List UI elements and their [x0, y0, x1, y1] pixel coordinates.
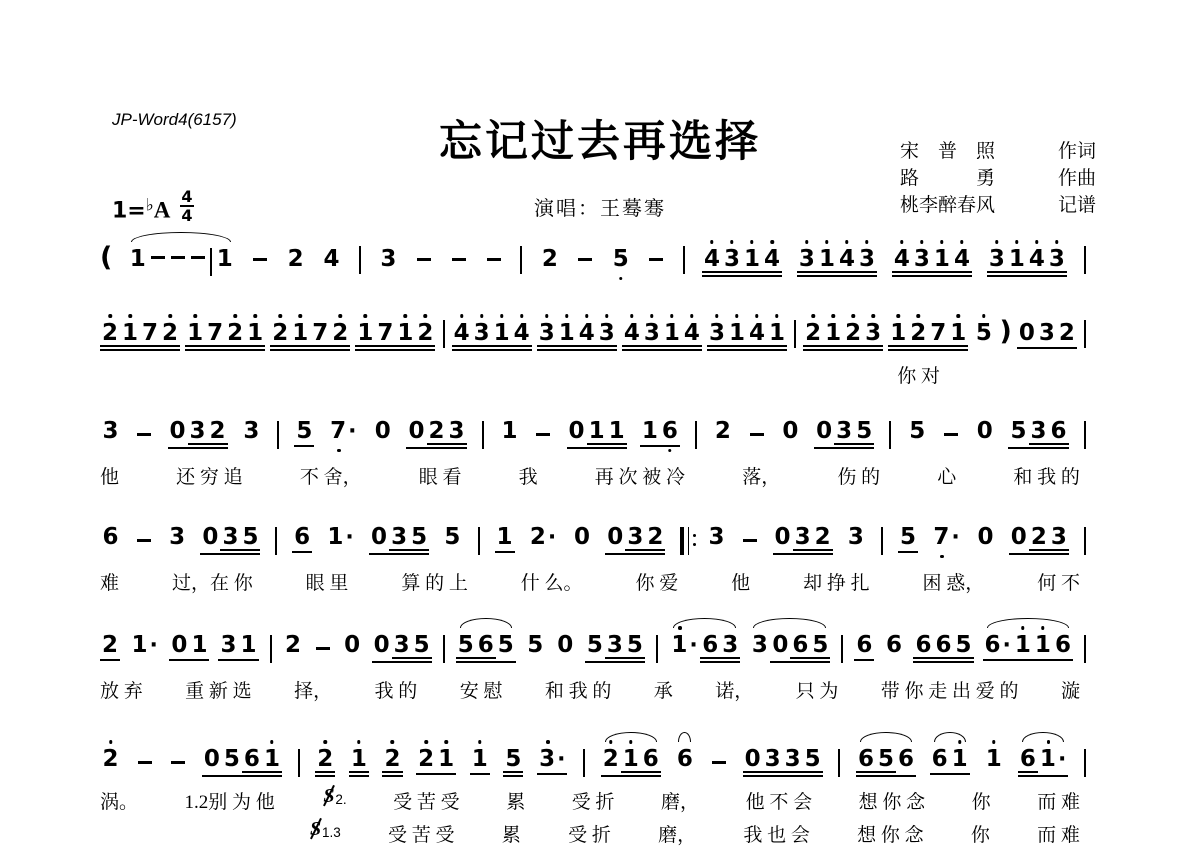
beam-group: 0561: [202, 748, 282, 777]
augmentation-dot: ·: [1003, 633, 1011, 658]
barline: [1084, 527, 1086, 555]
note: 3: [169, 526, 185, 549]
beam-group: 065: [770, 634, 830, 663]
note: 4: [704, 248, 720, 271]
beam-group: 1721: [185, 322, 265, 351]
segno-icon: [308, 820, 322, 840]
lyric-phrase: 放 弃: [100, 676, 143, 703]
dash: [151, 256, 165, 259]
note: 6: [1051, 420, 1067, 443]
note: 5: [444, 526, 460, 549]
note: 2: [1031, 526, 1047, 549]
note: 0: [1019, 322, 1035, 345]
lyric-row: 难过，在 你眼 里算 的 上什 么。你 爱他却 挣 扎困 惑，何 不: [100, 568, 1088, 595]
note: 1: [502, 420, 518, 443]
beam-group: 32: [793, 526, 833, 551]
note: 0: [816, 420, 832, 443]
barline: [889, 421, 891, 449]
beam-group: 2: [315, 748, 335, 777]
lyric-phrase: 你: [971, 820, 990, 847]
augmentation-dot: ·: [1058, 747, 1066, 772]
note: 6: [1020, 748, 1036, 771]
note: 2: [102, 322, 118, 345]
beam-group: 35: [220, 526, 260, 551]
note: 1: [497, 526, 513, 549]
beam-group: 1712: [355, 322, 435, 347]
note: 3: [474, 322, 490, 345]
barline: [482, 421, 484, 449]
note: 0: [374, 634, 390, 657]
note: 2: [429, 420, 445, 443]
lyric-phrase: 安 慰: [460, 676, 503, 703]
lyric-phrase: 却 挣 扎: [803, 568, 870, 595]
note: 0: [607, 526, 623, 549]
slur-arc: 565: [456, 634, 516, 663]
beam-group: 1721: [185, 322, 265, 347]
lyric-phrase: 涡。: [100, 787, 138, 814]
barline: [583, 749, 585, 777]
lyric-phrase: 择，: [294, 676, 332, 703]
lyric-phrase: 眼 里: [306, 568, 349, 595]
music-line-5: 21·013120035565505351·633065666656·116: [100, 634, 1088, 663]
note: 1: [247, 322, 263, 345]
dash: [171, 761, 185, 764]
beam-group: 65: [856, 748, 896, 773]
note: 1: [292, 322, 308, 345]
beam-group: 3143: [987, 248, 1067, 273]
note: 5: [505, 748, 521, 771]
beam-group: 032: [773, 526, 833, 555]
lyric-phrase: 你 对: [897, 361, 940, 388]
beam-group: 1: [495, 526, 515, 553]
note: 5: [909, 420, 925, 443]
note: 4: [894, 248, 910, 271]
note: 2: [317, 748, 333, 771]
beam-group: 2172: [270, 322, 350, 351]
note: 6: [856, 634, 872, 657]
lyric-phrase: 诺，: [715, 676, 753, 703]
beam-group: 032: [605, 526, 665, 555]
note: 2: [418, 748, 434, 771]
dash: [649, 258, 663, 261]
note: 0: [745, 748, 761, 771]
note: 5: [414, 634, 430, 657]
slur-arc: 656: [856, 748, 916, 777]
note: 6: [792, 634, 808, 657]
note: 5: [856, 420, 872, 443]
note: 5: [242, 526, 258, 549]
dash: [137, 539, 151, 542]
system-3: 3032357·00231011162003550536他还 穷 追不 舍，眼 …: [100, 420, 1088, 489]
dash: [253, 258, 267, 261]
paren: (: [100, 242, 112, 273]
lyric-phrase: 只 为: [796, 676, 839, 703]
lyric-phrase: 困 惑，: [923, 568, 985, 595]
beam-group: 63: [700, 634, 740, 663]
verse-number: 1.3: [322, 825, 341, 840]
note: 2: [417, 322, 433, 345]
note: 6·: [985, 634, 1011, 657]
lyric-phrase: 过，在 你: [172, 568, 253, 595]
beam-group: 4314: [622, 322, 702, 351]
note: 0: [408, 420, 424, 443]
note: 6: [935, 634, 951, 657]
lyric-phrase: 我 的: [375, 676, 418, 703]
note: 0: [977, 526, 993, 549]
note: 7: [377, 322, 393, 345]
music-line-1: (11243254314314343143143: [100, 242, 1088, 277]
note: 6: [478, 634, 494, 657]
beam-group: 2: [382, 748, 402, 773]
beam-group: 2: [100, 634, 120, 661]
barline: [656, 635, 658, 663]
note: 3: [1031, 420, 1047, 443]
beam-group: 61·: [1018, 748, 1068, 777]
beam-group: 4314: [702, 248, 782, 277]
lyric-phrase: 何 不: [1037, 568, 1080, 595]
note: 3·: [539, 748, 565, 771]
beam-group: 35: [605, 634, 645, 659]
augmentation-dot: ·: [548, 525, 556, 550]
note: 4: [764, 248, 780, 271]
note: 1: [934, 248, 950, 271]
lyric-phrase: 再 次 被 冷: [595, 462, 685, 489]
beam-group: 035: [200, 526, 260, 555]
note: 7: [930, 322, 946, 345]
beam-group: 5: [898, 526, 918, 553]
note: 0: [344, 634, 360, 657]
note: 0: [371, 526, 387, 549]
note: 5: [900, 526, 916, 549]
note: 3: [724, 248, 740, 271]
note: 2: [272, 322, 288, 345]
beam-group: 2123: [803, 322, 883, 351]
note: 1: [397, 322, 413, 345]
note: 0: [557, 634, 573, 657]
beam-group: 1271: [888, 322, 968, 347]
verse-number: 2.: [335, 792, 346, 807]
note: 3: [836, 420, 852, 443]
note: 3: [709, 322, 725, 345]
barline: [683, 246, 685, 274]
dash: [578, 258, 592, 261]
barline: [520, 246, 522, 274]
note: 3: [1051, 526, 1067, 549]
note: 4: [514, 322, 530, 345]
repeat-sign: [680, 527, 689, 555]
dash: [138, 761, 152, 764]
segno-icon: [321, 787, 335, 807]
note: 3: [722, 634, 738, 657]
note: 0: [171, 634, 187, 657]
note: 6: [1055, 634, 1071, 657]
beam-group: 4314: [702, 248, 782, 273]
beam-group: 5: [294, 420, 314, 447]
note: 5: [498, 634, 514, 657]
note: 6: [643, 748, 659, 771]
note: 3: [539, 322, 555, 345]
note: 5: [613, 248, 629, 271]
note: 3: [222, 526, 238, 549]
note: 5: [956, 634, 972, 657]
note: 3: [799, 248, 815, 271]
note: 1: [494, 322, 510, 345]
note: 4: [839, 248, 855, 271]
note: 1: [438, 748, 454, 771]
note: 1: [609, 420, 625, 443]
barline: [275, 527, 277, 555]
note: 4: [749, 322, 765, 345]
beam-group: 5: [503, 748, 523, 777]
note: 4: [324, 248, 340, 271]
slur-arc: 216: [601, 748, 661, 777]
note: 2: [845, 322, 861, 345]
note: 3: [599, 322, 615, 345]
note: 3: [795, 526, 811, 549]
note: 3: [380, 248, 396, 271]
lyric-phrase: 落，: [742, 462, 780, 489]
beam-group: 4314: [622, 322, 702, 347]
beam-group: 32: [625, 526, 665, 551]
lyric-phrase: 你: [972, 787, 991, 814]
note: 1·: [671, 634, 697, 657]
lyric-phrase: 难: [100, 568, 119, 595]
note: 1·: [1040, 748, 1066, 771]
beam-group: 2: [382, 748, 402, 777]
beam-group: 35: [389, 526, 429, 551]
barline: [478, 527, 480, 555]
note: 1: [191, 634, 207, 657]
note: 2: [210, 420, 226, 443]
note: 2: [103, 748, 119, 771]
beam-group: 23: [427, 420, 467, 445]
slur-arc: 61: [930, 748, 970, 775]
note: 7·: [330, 420, 356, 443]
lyric-phrase: 不 舍，: [300, 462, 362, 489]
note: 1: [1015, 634, 1031, 657]
note: 6: [898, 748, 914, 771]
score-area: (112432543143143431431432172172121721712…: [0, 0, 1200, 850]
note: 2: [603, 748, 619, 771]
lyric-phrase: 和 我 的: [1013, 462, 1080, 489]
beam-group: 3143: [537, 322, 617, 347]
beam-group: 21: [416, 748, 456, 775]
segno-marker: 2.: [321, 787, 346, 814]
dash: [417, 258, 431, 261]
lyric-phrase: 还 穷 追: [176, 462, 243, 489]
music-line-4: 6303561·035512·00323032357·0023: [100, 526, 1088, 555]
segno-marker: 1.3: [308, 820, 341, 847]
note: 1: [729, 322, 745, 345]
barline: [359, 246, 361, 274]
note: 5: [458, 634, 474, 657]
note: 2: [805, 322, 821, 345]
note: 7: [207, 322, 223, 345]
note: 3: [220, 634, 236, 657]
system-6: 2056121221153·2166033565661161·涡。1.2别 为 …: [100, 748, 1088, 847]
note: 3: [752, 634, 768, 657]
note: 3: [190, 420, 206, 443]
note: 0: [977, 420, 993, 443]
beam-group: 65: [790, 634, 830, 659]
beam-group: 3143: [797, 248, 877, 273]
augmentation-dot: ·: [345, 525, 353, 550]
beam-group: 1271: [888, 322, 968, 351]
lyric-phrase: 累: [502, 820, 521, 847]
note: 5: [224, 748, 240, 771]
note: 0: [782, 420, 798, 443]
beam-group: 4314: [452, 322, 532, 351]
music-line-3: 3032357·00231011162003550536: [100, 420, 1088, 449]
note: 2: [162, 322, 178, 345]
system-2: 2172172121721712431431434314314121231271…: [100, 316, 1088, 388]
lyric-row: 放 弃重 新 选择，我 的安 慰和 我 的承诺，只 为带 你 走 出 爱 的漩: [100, 676, 1088, 703]
lyric-row-verse-2: 1.3受 苦 受累受 折磨，我 也 会想 你 念你而 难: [308, 820, 1088, 847]
dash: [171, 256, 185, 259]
note: 3: [1039, 322, 1055, 345]
note: 3: [765, 748, 781, 771]
beam-group: 0335: [743, 748, 823, 773]
beam-group: 1712: [355, 322, 435, 351]
barline: [838, 749, 840, 777]
dash: [452, 258, 466, 261]
note: 6: [886, 634, 902, 657]
beam-group: 3141: [707, 322, 787, 347]
note: 3: [627, 526, 643, 549]
beam-group: 35: [834, 420, 874, 445]
note: 3: [103, 420, 119, 443]
system-4: 6303561·035512·00323032357·0023难过，在 你眼 里…: [100, 526, 1088, 595]
beam-group: 2123: [803, 322, 883, 347]
dash: [536, 433, 550, 436]
barline: [298, 749, 300, 777]
beam-group: 565: [456, 634, 516, 663]
note: 1: [217, 248, 233, 271]
music-line-6: 2056121221153·2166033565661161·: [100, 748, 1088, 777]
lyric-phrase: 我 也 会: [743, 820, 810, 847]
beam-group: 6: [292, 526, 312, 553]
beam-group: 023: [406, 420, 466, 449]
lyric-phrase: 累: [506, 787, 525, 814]
lyric-phrase: 想 你 念: [857, 820, 924, 847]
note: 5: [1010, 420, 1026, 443]
note: 3: [1049, 248, 1065, 271]
dash: [712, 761, 726, 764]
barline: [1084, 635, 1086, 663]
note: 0: [375, 420, 391, 443]
dash: [191, 256, 205, 259]
barline: [1084, 320, 1086, 348]
note: 1: [642, 420, 658, 443]
note: 6: [662, 420, 678, 443]
lyric-phrase: 承: [654, 676, 673, 703]
note: 7·: [933, 526, 959, 549]
dash: [487, 258, 501, 261]
beam-group: 2172: [270, 322, 350, 347]
note: 3: [449, 420, 465, 443]
note: 3: [785, 748, 801, 771]
beam-group: 1: [349, 748, 369, 777]
note: 1: [264, 748, 280, 771]
slur-arc: 6: [674, 748, 695, 771]
barline: [443, 320, 445, 348]
lyric-phrase: 眼 看: [419, 462, 462, 489]
note: 6: [932, 748, 948, 771]
barline: [1084, 421, 1086, 449]
beam-group: 36: [1029, 420, 1069, 445]
lyric-row-verse-1: 涡。1.2别 为 他2.受 苦 受累受 折磨，他 不 会想 你 念你而 难: [100, 787, 1088, 814]
augmentation-dot: ·: [689, 633, 697, 658]
note: 0: [569, 420, 585, 443]
note: 3: [914, 248, 930, 271]
dash: [137, 433, 151, 436]
beam-group: 61: [930, 748, 970, 775]
beam-group: 63: [700, 634, 740, 659]
note: 1: [890, 322, 906, 345]
slur-arc: 61·: [1018, 748, 1068, 777]
lyric-phrase: 什 么。: [521, 568, 583, 595]
lyric-row: 他还 穷 追不 舍，眼 看我再 次 被 冷落，伤 的心和 我 的: [100, 462, 1088, 489]
note: 1: [623, 748, 639, 771]
system-1: (11243254314314343143143: [100, 242, 1088, 277]
lyric-phrase: 伤 的: [837, 462, 880, 489]
note: 2: [332, 322, 348, 345]
note: 6: [858, 748, 874, 771]
barline: [210, 248, 212, 276]
beam-group: 216: [601, 748, 661, 777]
lyric-phrase: 带 你 走 出 爱 的: [881, 676, 1019, 703]
beam-group: 4314: [892, 248, 972, 273]
note: 6: [915, 634, 931, 657]
lyric-phrase: 和 我 的: [545, 676, 612, 703]
note: 1: [950, 322, 966, 345]
dash: [316, 647, 330, 650]
note: 2: [815, 526, 831, 549]
note: 3: [644, 322, 660, 345]
augmentation-dot: ·: [951, 525, 959, 550]
note: 7: [142, 322, 158, 345]
note: 6: [294, 526, 310, 549]
note: 2: [1059, 322, 1075, 345]
note: 2: [542, 248, 558, 271]
beam-group: 35: [392, 634, 432, 659]
note: 0: [1011, 526, 1027, 549]
note: 1: [240, 634, 256, 657]
note: 1: [952, 748, 968, 771]
note: 4: [954, 248, 970, 271]
note: 4: [684, 322, 700, 345]
beam-group: 032: [1017, 322, 1077, 349]
note: 1: [589, 420, 605, 443]
lyric-phrase: 而 难: [1037, 787, 1080, 814]
barline: [277, 421, 279, 449]
beam-group: 536: [1008, 420, 1068, 449]
note: 5: [527, 634, 543, 657]
lyric-phrase: 受 苦 受: [393, 787, 460, 814]
lyric-phrase: 我: [519, 462, 538, 489]
beam-group: 0335: [743, 748, 823, 777]
paren: ): [999, 316, 1011, 347]
lyric-phrase: 磨，: [658, 820, 696, 847]
beam-group: 535: [585, 634, 645, 663]
beam-group: 2: [315, 748, 335, 773]
lyric-phrase: 算 的 上: [401, 568, 468, 595]
slur-arc: 3065: [749, 634, 830, 663]
beam-group: 23: [1029, 526, 1069, 551]
beam-group: 035: [369, 526, 429, 555]
note: 4: [454, 322, 470, 345]
note: 6: [103, 526, 119, 549]
